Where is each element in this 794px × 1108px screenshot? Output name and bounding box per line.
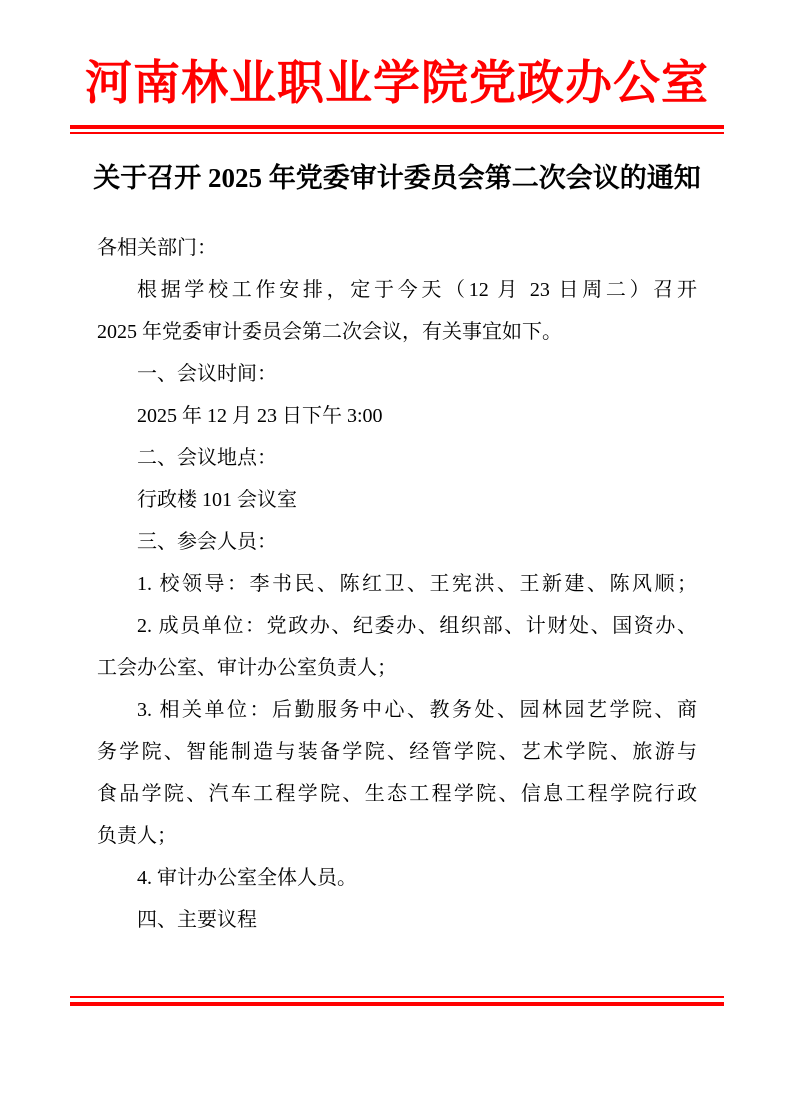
body-line: 四、主要议程: [97, 899, 697, 941]
document-page: 河南林业职业学院党政办公室 关于召开 2025 年党委审计委员会第二次会议的通知…: [0, 0, 794, 1108]
body-line: 2025 年 12 月 23 日下午 3:00: [97, 395, 697, 437]
body-line: 4. 审计办公室全体人员。: [97, 857, 697, 899]
body-line: 根据学校工作安排，定于今天（12 月 23 日周二）召开: [97, 269, 697, 311]
letterhead-org-name: 河南林业职业学院党政办公室: [0, 0, 794, 111]
body-line: 一、会议时间：: [97, 353, 697, 395]
body-line: 二、会议地点：: [97, 437, 697, 479]
body-line: 行政楼 101 会议室: [97, 479, 697, 521]
body-line: 3. 相关单位：后勤服务中心、教务处、园林园艺学院、商: [97, 689, 697, 731]
body-line: 2. 成员单位：党政办、纪委办、组织部、计财处、国资办、: [97, 605, 697, 647]
body-line: 1. 校领导：李书民、陈红卫、王宪洪、王新建、陈风顺；: [97, 563, 697, 605]
document-body: 各相关部门：根据学校工作安排，定于今天（12 月 23 日周二）召开2025 年…: [97, 227, 697, 941]
footer-rule-thick: [70, 1002, 724, 1006]
letterhead: 河南林业职业学院党政办公室: [0, 0, 794, 134]
body-line: 工会办公室、审计办公室负责人；: [97, 647, 697, 689]
letterhead-rule-thin: [70, 132, 724, 134]
body-line: 2025 年党委审计委员会第二次会议，有关事宜如下。: [97, 311, 697, 353]
body-line: 负责人；: [97, 815, 697, 857]
footer-divider: [0, 996, 794, 1006]
document-title: 关于召开 2025 年党委审计委员会第二次会议的通知: [0, 161, 794, 195]
body-line: 各相关部门：: [97, 227, 697, 269]
body-line: 三、参会人员：: [97, 521, 697, 563]
body-line: 务学院、智能制造与装备学院、经管学院、艺术学院、旅游与: [97, 731, 697, 773]
letterhead-rule-thick: [70, 125, 724, 129]
body-line: 食品学院、汽车工程学院、生态工程学院、信息工程学院行政: [97, 773, 697, 815]
footer-rule-thin: [70, 996, 724, 998]
letterhead-divider: [0, 125, 794, 134]
